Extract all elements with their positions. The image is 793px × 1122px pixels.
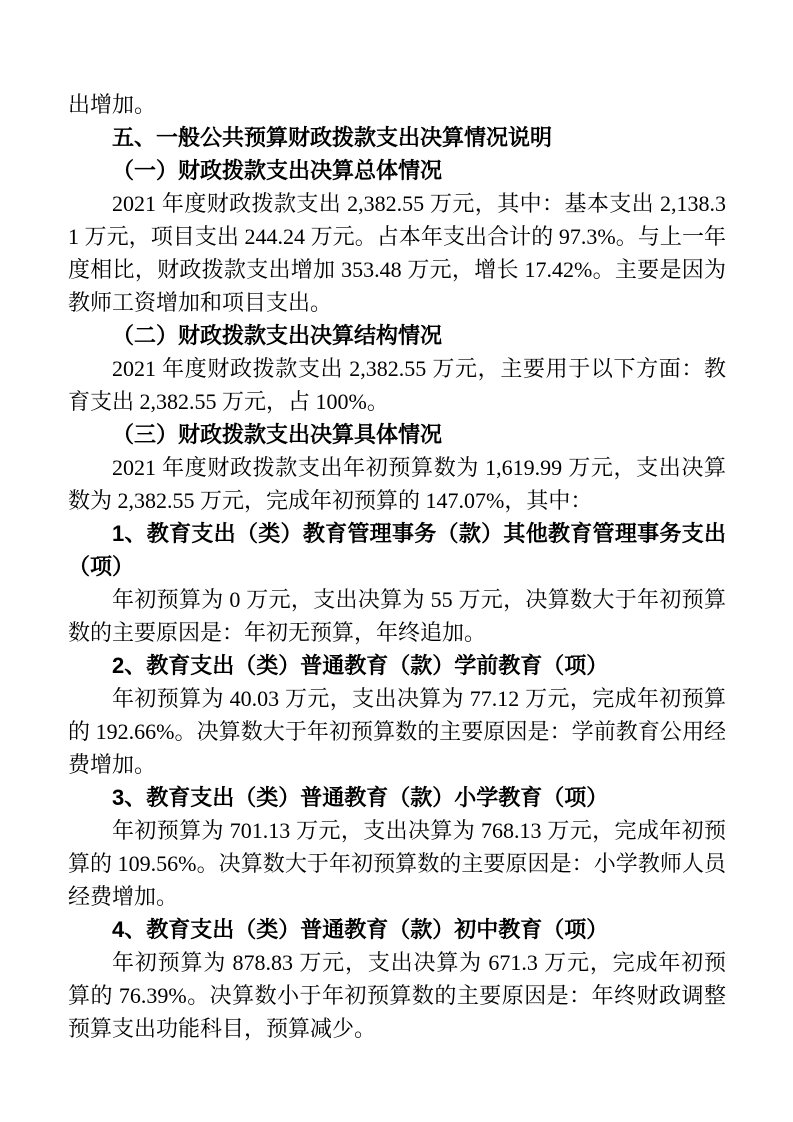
- body-paragraph: 2021 年度财政拨款支出年初预算数为 1,619.99 万元，支出决算数为 2…: [68, 451, 726, 517]
- item-heading-3: 3、教育支出（类）普通教育（款）小学教育（项）: [68, 781, 726, 814]
- subsection-heading-3: （三）财政拨款支出决算具体情况: [68, 418, 726, 451]
- subsection-heading-1: （一）财政拨款支出决算总体情况: [68, 154, 726, 187]
- body-paragraph: 年初预算为 701.13 万元，支出决算为 768.13 万元，完成年初预算的 …: [68, 814, 726, 913]
- body-paragraph: 2021 年度财政拨款支出 2,382.55 万元，其中：基本支出 2,138.…: [68, 187, 726, 319]
- subsection-heading-2: （二）财政拨款支出决算结构情况: [68, 319, 726, 352]
- body-paragraph: 年初预算为 40.03 万元，支出决算为 77.12 万元，完成年初预算的 19…: [68, 682, 726, 781]
- document-page: 出增加。 五、一般公共预算财政拨款支出决算情况说明 （一）财政拨款支出决算总体情…: [0, 0, 793, 1122]
- body-paragraph: 年初预算为 0 万元，支出决算为 55 万元，决算数大于年初预算数的主要原因是：…: [68, 583, 726, 649]
- body-paragraph: 2021 年度财政拨款支出 2,382.55 万元，主要用于以下方面：教育支出 …: [68, 352, 726, 418]
- item-heading-2: 2、教育支出（类）普通教育（款）学前教育（项）: [68, 649, 726, 682]
- continued-paragraph-text: 出增加。: [68, 88, 726, 121]
- body-paragraph: 年初预算为 878.83 万元，支出决算为 671.3 万元，完成年初预算的 7…: [68, 946, 726, 1045]
- item-heading-1: 1、教育支出（类）教育管理事务（款）其他教育管理事务支出（项）: [68, 517, 726, 583]
- item-heading-4: 4、教育支出（类）普通教育（款）初中教育（项）: [68, 913, 726, 946]
- section-heading-5: 五、一般公共预算财政拨款支出决算情况说明: [68, 121, 726, 154]
